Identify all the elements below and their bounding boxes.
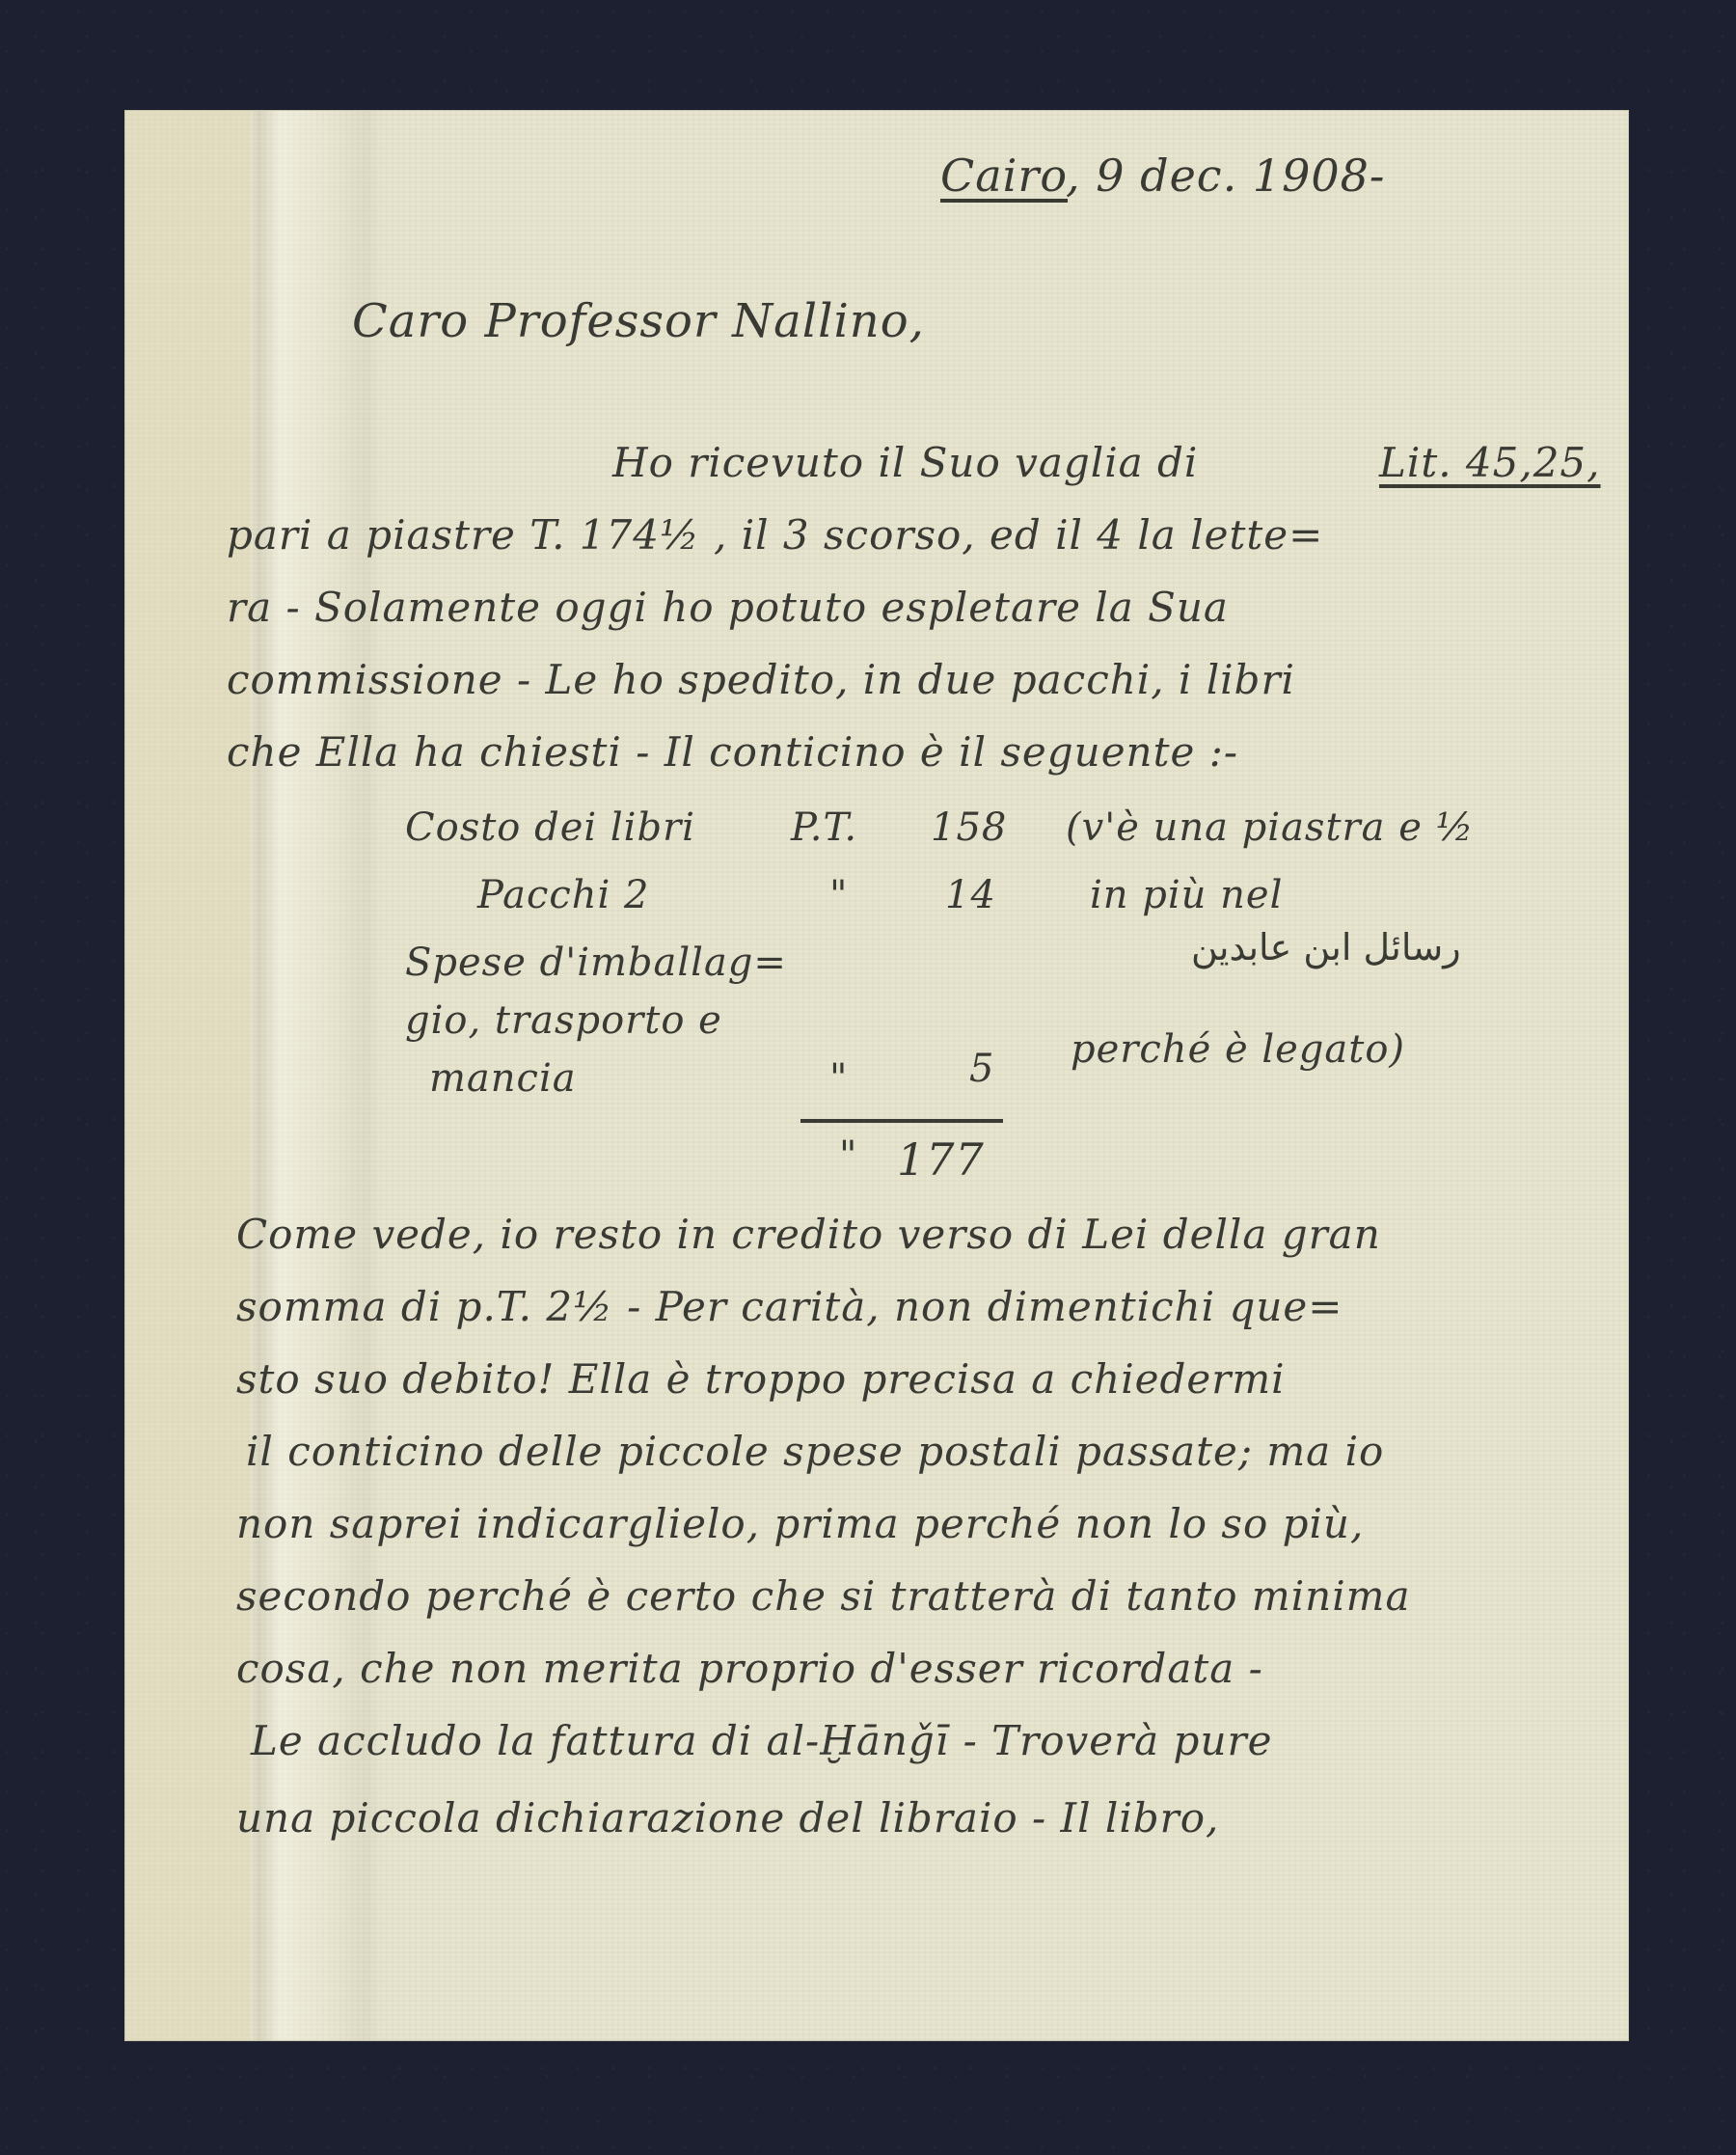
account-row-3-label: Spese d'imballag= bbox=[405, 941, 787, 985]
paragraph-1-line-2: pari a piastre T. 174½ , il 3 scorso, ed… bbox=[227, 511, 1323, 559]
dateline-date: , 9 dec. 1908- bbox=[1066, 150, 1385, 202]
paragraph-2-line-3: sto suo debito! Ella è troppo precisa a … bbox=[236, 1355, 1286, 1403]
account-row-1-note: (v'è una piastra e ½ bbox=[1066, 805, 1474, 850]
account-row-5-unit: " bbox=[829, 1056, 848, 1101]
paragraph-1-amount: Lit. 45,25, bbox=[1379, 439, 1601, 486]
paragraph-2-line-1: Come vede, io resto in credito verso di … bbox=[236, 1211, 1381, 1258]
dateline-place: Cairo bbox=[940, 150, 1068, 202]
paragraph-2-line-7: cosa, che non merita proprio d'esser ric… bbox=[236, 1645, 1263, 1692]
paragraph-1-line-4: commissione - Le ho spedito, in due pacc… bbox=[227, 656, 1295, 703]
sum-rule bbox=[800, 1119, 1003, 1123]
account-row-5-amount: 5 bbox=[969, 1047, 994, 1091]
paragraph-2-line-4: il conticino delle piccole spese postali… bbox=[246, 1428, 1384, 1475]
paragraph-1-line-5: che Ella ha chiesti - Il conticino è il … bbox=[227, 728, 1238, 776]
account-row-1-label: Costo dei libri bbox=[405, 805, 695, 850]
account-total-unit: " bbox=[839, 1133, 857, 1178]
paragraph-2-line-6: secondo perché è certo che si tratterà d… bbox=[236, 1572, 1411, 1620]
account-row-2-unit: " bbox=[829, 873, 848, 917]
paragraph-2-line-5: non saprei indicarglielo, prima perché n… bbox=[236, 1500, 1364, 1547]
account-row-1-amount: 158 bbox=[931, 805, 1007, 850]
paragraph-2-line-8: Le accludo la fattura di al-Ḫānǧī - Trov… bbox=[251, 1717, 1272, 1764]
paragraph-1-line-1: Ho ricevuto il Suo vaglia di bbox=[612, 439, 1198, 486]
account-row-5-note: perché è legato) bbox=[1071, 1027, 1405, 1072]
paragraph-1-line-3: ra - Solamente oggi ho potuto espletare … bbox=[227, 584, 1229, 631]
salutation: Caro Professor Nallino, bbox=[352, 294, 925, 348]
account-row-2-label: Pacchi 2 bbox=[477, 873, 650, 917]
account-row-2-note: in più nel bbox=[1090, 873, 1283, 917]
account-row-2-amount: 14 bbox=[945, 873, 996, 917]
account-row-4-label: gio, trasporto e bbox=[405, 998, 722, 1043]
account-row-5-label: mancia bbox=[429, 1056, 577, 1101]
account-arabic-title: رسائل ابن عابدين bbox=[1191, 926, 1461, 968]
letter-page: Cairo , 9 dec. 1908- Caro Professor Nall… bbox=[125, 111, 1628, 2040]
paragraph-2-line-2: somma di p.T. 2½ - Per carità, non dimen… bbox=[236, 1283, 1343, 1330]
paragraph-2-line-9: una piccola dichiarazione del libraio - … bbox=[236, 1794, 1219, 1841]
account-total: 177 bbox=[897, 1133, 985, 1186]
paper-fold-strip bbox=[125, 111, 251, 2040]
account-row-1-unit: P.T. bbox=[791, 805, 857, 850]
